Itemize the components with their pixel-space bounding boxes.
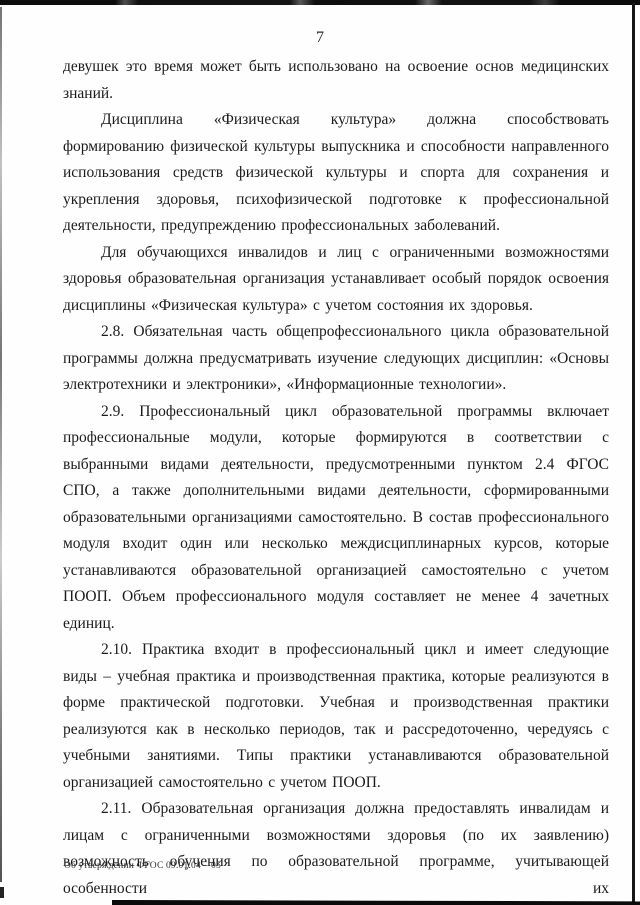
document-page: 7 девушек это время может быть использов… (0, 0, 640, 905)
paragraph-physical-culture: Дисциплина «Физическая культура» должна … (63, 107, 609, 240)
paragraph-disabled-students: Для обучающихся инвалидов и лиц с ограни… (63, 240, 609, 320)
document-body: девушек это время может быть использован… (63, 54, 609, 902)
paragraph-2-10: 2.10. Практика входит в профессиональный… (63, 637, 609, 796)
scan-artifact-right-line (632, 3, 635, 905)
scan-artifact-left-line (0, 7, 2, 882)
paragraph-continuation: девушек это время может быть использован… (63, 54, 609, 107)
page-number: 7 (0, 29, 640, 47)
paragraph-2-11: 2.11. Образовательная организация должна… (63, 796, 609, 902)
scan-artifact-corner-mark (0, 887, 4, 898)
footer-reference: Об утверждении ФГОС 09.01.04 – 05 (64, 861, 221, 871)
scan-artifact-top-band (0, 0, 640, 5)
paragraph-2-8: 2.8. Обязательная часть общепрофессионал… (63, 319, 609, 399)
paragraph-2-9: 2.9. Профессиональный цикл образовательн… (63, 399, 609, 638)
